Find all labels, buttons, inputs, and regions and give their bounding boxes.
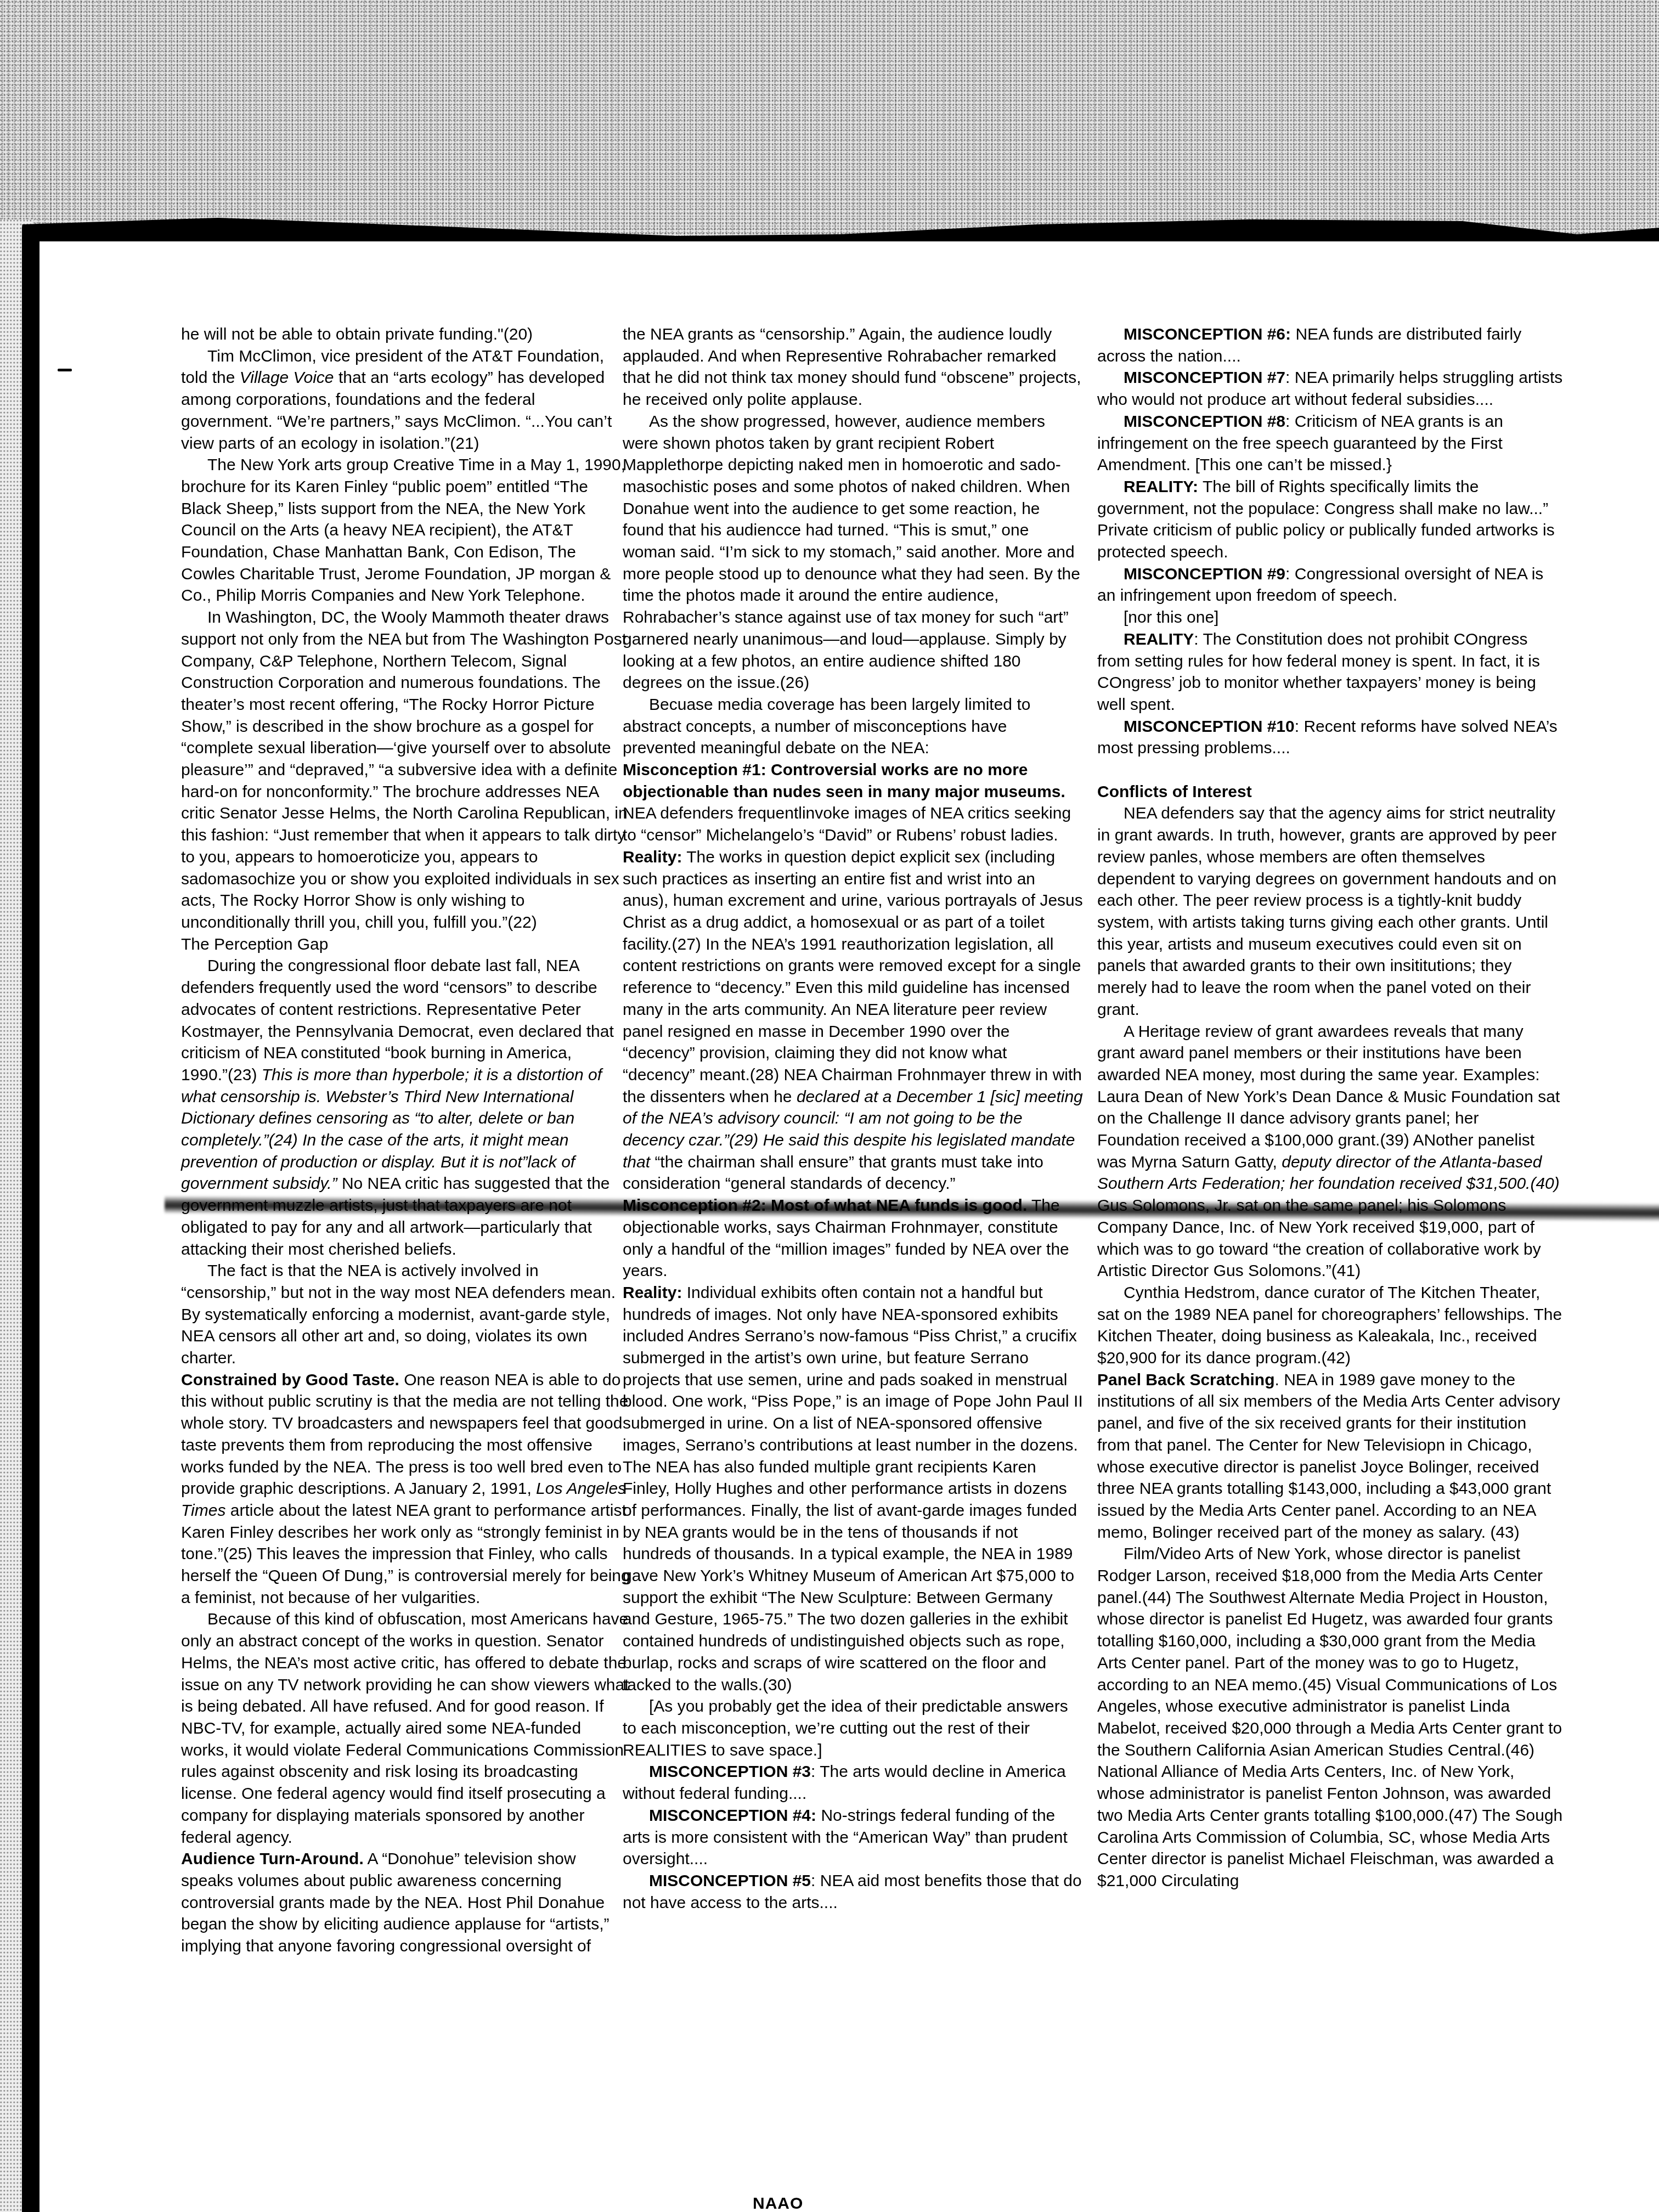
paragraph: MISCONCEPTION #10: Recent reforms have s… [1097, 716, 1564, 759]
paragraph: MISCONCEPTION #5: NEA aid most benefits … [623, 1870, 1084, 1914]
footer-logo: NAAO [753, 2194, 803, 2212]
bold-run: Misconception #1: Controversial works ar… [623, 761, 1065, 801]
paragraph: MISCONCEPTION #6: NEA funds are distribu… [1097, 324, 1564, 367]
paragraph: Audience Turn-Around. A “Donohue” televi… [181, 1848, 631, 1957]
paragraph-text: The fact is that the NEA is actively inv… [181, 1262, 616, 1367]
text-run: Individual exhibits often contain not a … [623, 1284, 1083, 1694]
paragraph-text: [nor this one] [1124, 608, 1218, 627]
paragraph: MISCONCEPTION #8: Criticism of NEA grant… [1097, 411, 1564, 476]
paragraph-text: Because of this kind of obfuscation, mos… [181, 1610, 629, 1846]
margin-mark [58, 369, 72, 371]
bold-run: Reality: [623, 1284, 682, 1302]
paragraph: MISCONCEPTION #9: Congressional oversigh… [1097, 563, 1564, 607]
text-run: article about the latest NEA grant to pe… [181, 1502, 630, 1607]
paragraph: The Perception Gap [181, 934, 631, 956]
bold-run: MISCONCEPTION #10 [1124, 718, 1295, 736]
paragraph: MISCONCEPTION #4: No-strings federal fun… [623, 1805, 1084, 1870]
paragraph: Tim McClimon, vice president of the AT&T… [181, 346, 631, 455]
paragraph: he will not be able to obtain private fu… [181, 324, 631, 346]
paragraph: [As you probably get the idea of their p… [623, 1696, 1084, 1761]
paragraph: Conflicts of Interest [1097, 781, 1564, 803]
paragraph: Cynthia Hedstrom, dance curator of The K… [1097, 1282, 1564, 1369]
paragraph: Film/Video Arts of New York, whose direc… [1097, 1543, 1564, 1892]
paragraph-text: The Perception Gap [181, 935, 329, 953]
text-column-2: the NEA grants as “censorship.” Again, t… [623, 324, 1084, 1914]
paragraph-spacer [1097, 759, 1564, 781]
text-run: During the congressional floor debate la… [181, 957, 614, 1084]
paragraph: A Heritage review of grant awardees reve… [1097, 1021, 1564, 1282]
paragraph-text: Film/Video Arts of New York, whose direc… [1097, 1545, 1562, 1890]
text-run: One reason NEA is able to do this withou… [181, 1371, 628, 1498]
paragraph-text: [As you probably get the idea of their p… [623, 1697, 1068, 1759]
paragraph-text: Cynthia Hedstrom, dance curator of The K… [1097, 1284, 1562, 1367]
bold-run: Reality: [623, 848, 682, 866]
bold-run: MISCONCEPTION #5 [649, 1872, 811, 1890]
paragraph: Misconception #1: Controversial works ar… [623, 759, 1084, 847]
paragraph: REALITY: The bill of Rights specifically… [1097, 476, 1564, 563]
bold-run: MISCONCEPTION #6: [1124, 325, 1291, 343]
paragraph: The fact is that the NEA is actively inv… [181, 1260, 631, 1369]
italic-run: This is more than hyperbole; it is a dis… [181, 1066, 602, 1193]
margin-mark [22, 973, 36, 976]
paragraph: Reality: Individual exhibits often conta… [623, 1282, 1084, 1696]
bold-run: MISCONCEPTION #9 [1124, 565, 1285, 583]
paragraph: Panel Back Scratching. NEA in 1989 gave … [1097, 1369, 1564, 1544]
paragraph-text: NEA defenders say that the agency aims f… [1097, 804, 1556, 1018]
paragraph: NEA defenders say that the agency aims f… [1097, 803, 1564, 1020]
text-run: A Heritage review of grant awardees reve… [1097, 1023, 1560, 1171]
paragraph: Reality: The works in question depict ex… [623, 847, 1084, 1195]
bold-run: Panel Back Scratching [1097, 1371, 1274, 1389]
paragraph: As the show progressed, however, audienc… [623, 411, 1084, 694]
italic-run: Village Voice [240, 369, 334, 387]
paragraph-text: he will not be able to obtain private fu… [181, 325, 533, 343]
paragraph: MISCONCEPTION #3: The arts would decline… [623, 1761, 1084, 1804]
paragraph-text: As the show progressed, however, audienc… [623, 413, 1080, 692]
bold-run: MISCONCEPTION #3 [649, 1763, 811, 1781]
text-run: The works in question depict explicit se… [623, 848, 1083, 1106]
text-column-3: MISCONCEPTION #6: NEA funds are distribu… [1097, 324, 1564, 1892]
bold-run: Audience Turn-Around. [181, 1850, 364, 1868]
bold-run: REALITY [1124, 630, 1194, 648]
text-column-1: he will not be able to obtain private fu… [181, 324, 631, 1957]
page-left-edge-shadow [22, 230, 39, 2212]
bold-run: Conflicts of Interest [1097, 783, 1252, 801]
text-run: NEA defenders frequentlinvoke images of … [623, 804, 1071, 844]
bold-run: MISCONCEPTION #8 [1124, 413, 1285, 431]
paragraph-text: In Washington, DC, the Wooly Mammoth the… [181, 608, 628, 932]
paragraph: the NEA grants as “censorship.” Again, t… [623, 324, 1084, 411]
paragraph: Constrained by Good Taste. One reason NE… [181, 1369, 631, 1609]
text-run: “the chairman shall ensure” that grants … [623, 1153, 1043, 1193]
bold-run: MISCONCEPTION #7 [1124, 369, 1285, 387]
paragraph: [nor this one] [1097, 607, 1564, 629]
scanner-background [0, 0, 1659, 252]
paragraph: The New York arts group Creative Time in… [181, 454, 631, 607]
paragraph: REALITY: The Constitution does not prohi… [1097, 629, 1564, 716]
text-run: . NEA in 1989 gave money to the institut… [1097, 1371, 1560, 1542]
paragraph: MISCONCEPTION #7: NEA primarily helps st… [1097, 367, 1564, 410]
bold-run: Constrained by Good Taste. [181, 1371, 399, 1389]
bold-run: MISCONCEPTION #4: [649, 1807, 816, 1825]
paragraph-text: The New York arts group Creative Time in… [181, 456, 625, 605]
paragraph: Because of this kind of obfuscation, mos… [181, 1609, 631, 1848]
paragraph: In Washington, DC, the Wooly Mammoth the… [181, 607, 631, 934]
paragraph: Becuase media coverage has been largely … [623, 694, 1084, 759]
paragraph-text: the NEA grants as “censorship.” Again, t… [623, 325, 1081, 409]
bold-run: REALITY: [1124, 478, 1198, 496]
paragraph-text: Becuase media coverage has been largely … [623, 696, 1030, 757]
